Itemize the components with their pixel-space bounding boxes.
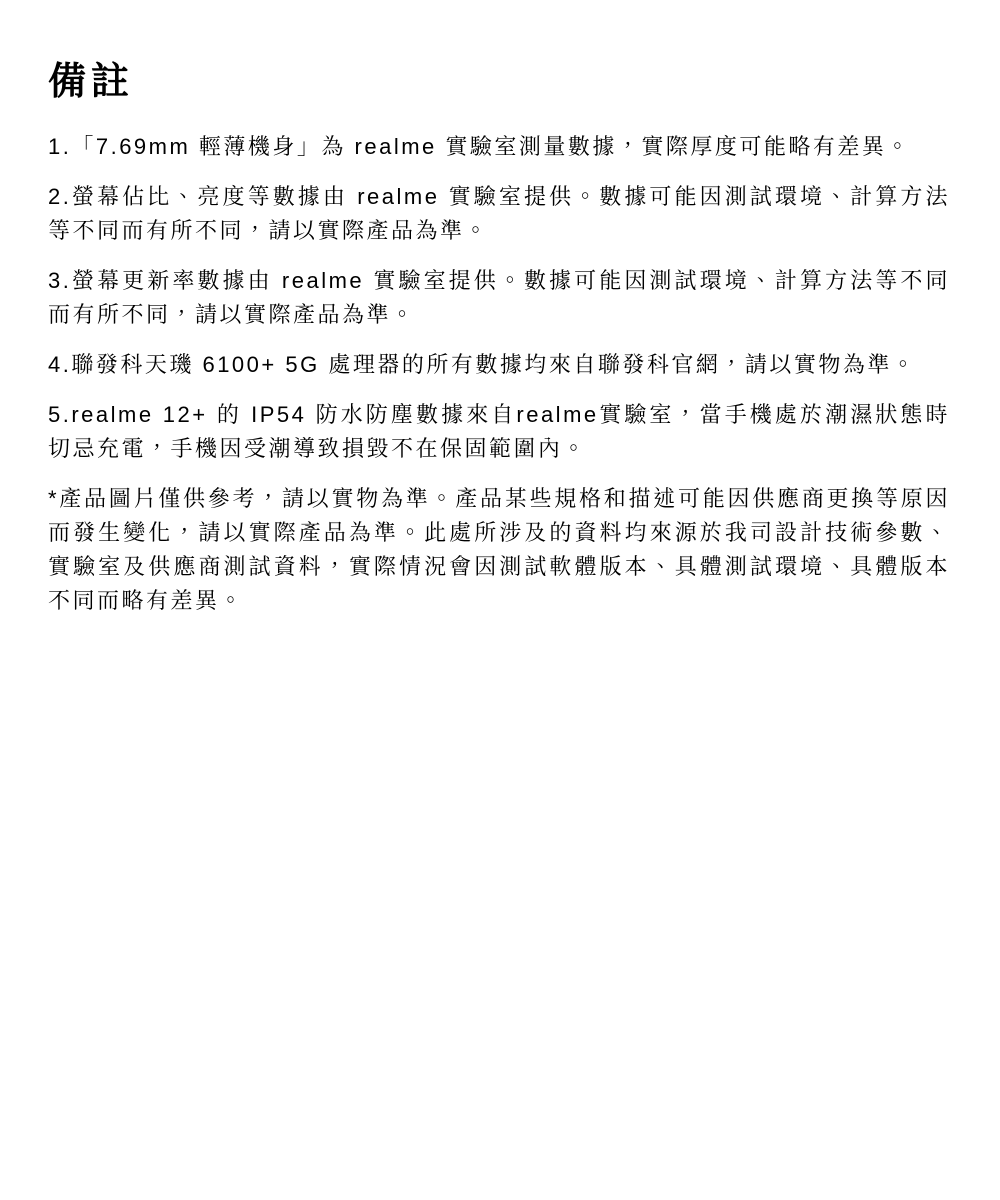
note-item-4: 4.聯發科天璣 6100+ 5G 處理器的所有數據均來自聯發科官網，請以實物為準…: [48, 348, 950, 382]
note-item-2: 2.螢幕佔比、亮度等數據由 realme 實驗室提供。數據可能因測試環境、計算方…: [48, 180, 950, 248]
notes-section: 備註 1.「7.69mm 輕薄機身」為 realme 實驗室測量數據，實際厚度可…: [0, 0, 1000, 658]
page-title: 備註: [48, 62, 950, 104]
note-item-3: 3.螢幕更新率數據由 realme 實驗室提供。數據可能因測試環境、計算方法等不…: [48, 264, 950, 332]
note-item-1: 1.「7.69mm 輕薄機身」為 realme 實驗室測量數據，實際厚度可能略有…: [48, 130, 950, 164]
note-item-5: 5.realme 12+ 的 IP54 防水防塵數據來自realme實驗室，當手…: [48, 398, 950, 466]
disclaimer-note: *產品圖片僅供參考，請以實物為準。產品某些規格和描述可能因供應商更換等原因而發生…: [48, 482, 950, 618]
